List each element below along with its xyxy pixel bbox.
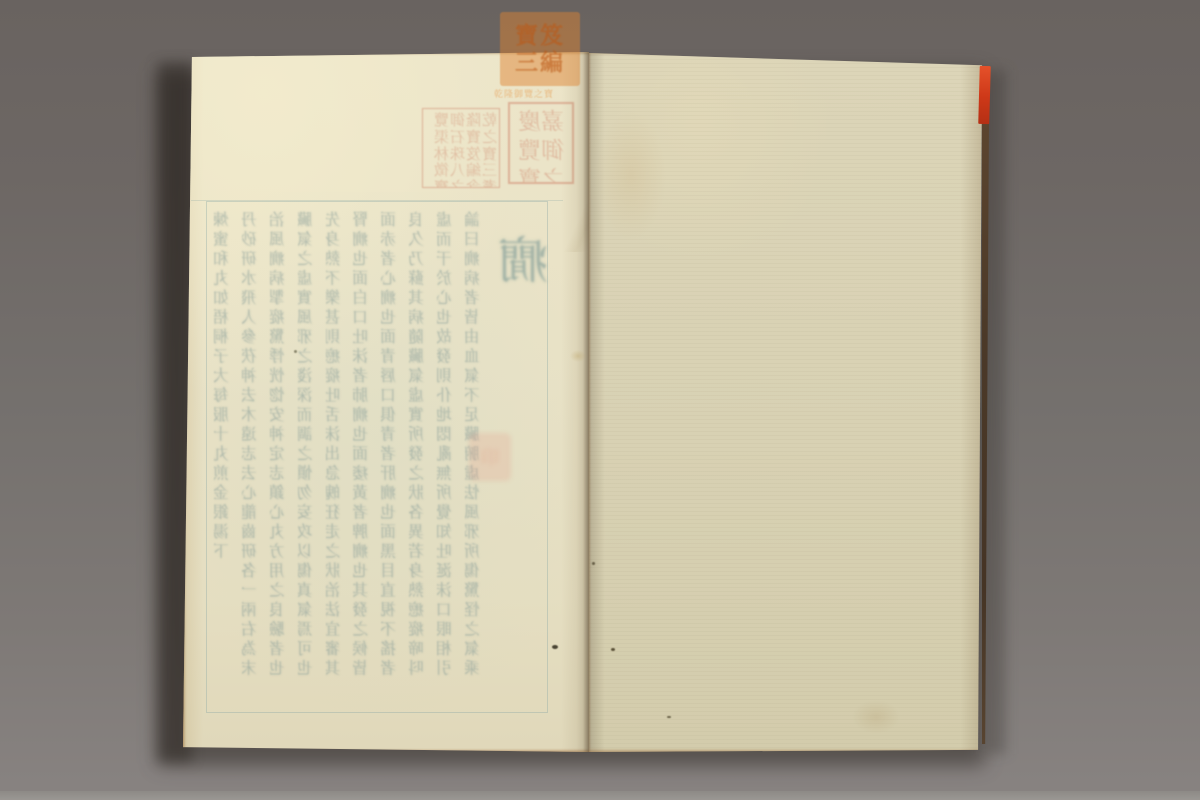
bleed-column: 腎癇也面白口吐沫者肺癇也面痿黃者脾癇也其發之候皆 bbox=[354, 211, 375, 705]
paper-speck bbox=[552, 645, 558, 649]
paper-speck bbox=[667, 716, 671, 718]
gutter-crease bbox=[583, 52, 591, 752]
top-edge-seal: 寶笈 三編 bbox=[500, 12, 580, 86]
top-edge-seal-caption: 乾隆御覽之寶 bbox=[469, 87, 579, 99]
paper-speck bbox=[592, 562, 595, 565]
left-page: 論曰癇病者皆由血氣不足臟腑虛怯風邪所傷驚怪之氣乘虛而干於心也故發則仆地悶亂無所覺… bbox=[183, 52, 589, 752]
bleed-column: 良久乃蘇其病隨臟氣虛實所發之狀各異若身熱瘛瘲啼呌 bbox=[409, 211, 430, 705]
fore-edge-red-label bbox=[978, 66, 991, 124]
collector-seal-large: 乾隆御覽之寶石渠寶笈珠林三編八徵耄念之寶太上皇帝 bbox=[422, 108, 500, 188]
top-edge-seal-row1: 寶笈 bbox=[515, 23, 565, 48]
bleedthrough-inner-seal: 印 bbox=[469, 433, 511, 481]
bleed-column: 臟氣之虛實風邪之淺深而調之愼勿妄攻以傷真氣焉可也 bbox=[298, 211, 319, 705]
bleed-column: 治風癇病掣瘲驚悸恍惚安神定志鎮心丸方用之良驗者也 bbox=[270, 211, 291, 705]
book-cast-shadow-right bbox=[986, 70, 1006, 754]
bleedthrough-inner-seal-glyph: 印 bbox=[481, 444, 499, 470]
bleedthrough-text-frame: 論曰癇病者皆由血氣不足臟腑虛怯風邪所傷驚怪之氣乘虛而干於心也故發則仆地悶亂無所覺… bbox=[206, 201, 548, 713]
bleedthrough-title-char: 癇 bbox=[491, 234, 537, 284]
backdrop-bottom-strip bbox=[0, 791, 1200, 800]
photo-scene: 論曰癇病者皆由血氣不足臟腑虛怯風邪所傷驚怪之氣乘虛而干於心也故發則仆地悶亂無所覺… bbox=[0, 0, 1200, 800]
bleed-column: 煉蜜和丸如梧桐子大每服十丸煎金銀湯下 bbox=[214, 211, 235, 705]
paper-stain bbox=[570, 350, 586, 362]
bleed-column: 虛而干於心也故發則仆地悶亂無所覺知吐涎沫口眼相引 bbox=[437, 211, 458, 705]
bleed-column: 丹砂研水飛人參茯神去木遠志去心龍齒研各一兩右為末 bbox=[242, 211, 263, 705]
bleed-column: 先身熱不樂甚則瘛瘲吐舌沫出急魄狂走之狀治法宜審其 bbox=[326, 211, 347, 705]
paper-stain bbox=[596, 110, 666, 240]
paper-speck bbox=[611, 648, 615, 651]
paper-stain bbox=[852, 700, 900, 734]
collector-seal-large-glyphs: 乾隆御覽之寶石渠寶笈珠林三編八徵耄念之寶太上皇帝 bbox=[433, 111, 497, 188]
bleedthrough-columns: 論曰癇病者皆由血氣不足臟腑虛怯風邪所傷驚怪之氣乘虛而干於心也故發則仆地悶亂無所覺… bbox=[214, 211, 486, 705]
top-edge-seal-row2: 三編 bbox=[515, 50, 565, 75]
bleed-column: 面赤者心癇也面青唇口俱青者肝癇也面黑目直視不搖者 bbox=[381, 211, 402, 705]
collector-seal-small-glyphs: 嘉慶御覽之寶 bbox=[518, 109, 564, 184]
paper-speck bbox=[294, 350, 297, 353]
